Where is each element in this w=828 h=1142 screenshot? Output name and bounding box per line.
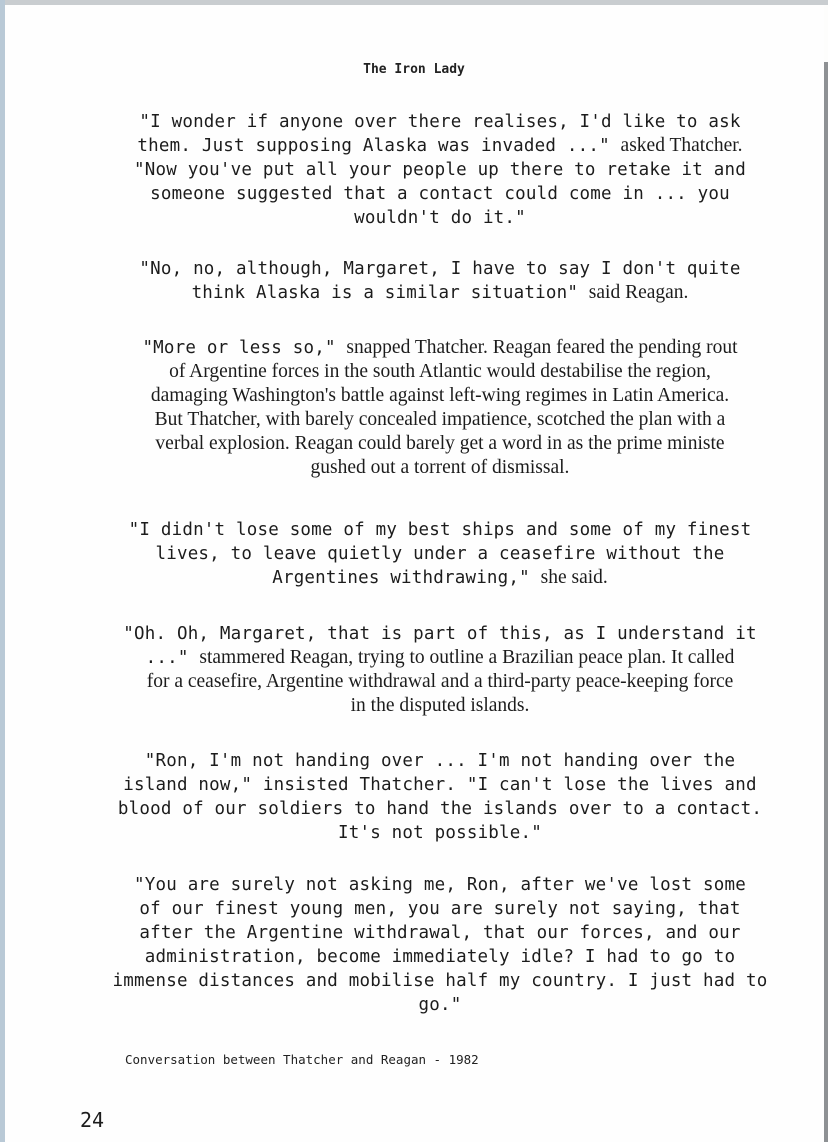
text-line: them. Just supposing Alaska was invaded … xyxy=(110,134,770,158)
paragraph-5: "Oh. Oh, Margaret, that is part of this,… xyxy=(110,622,770,718)
text-line: think Alaska is a similar situation" sai… xyxy=(110,281,770,305)
quoted-speech: "I didn't lose some of my best ships and… xyxy=(129,520,752,540)
narrative-text: she said. xyxy=(541,567,608,588)
page-number: 24 xyxy=(80,1108,104,1132)
text-line: immense distances and mobilise half my c… xyxy=(110,969,770,993)
text-line: after the Argentine withdrawal, that our… xyxy=(110,921,770,945)
text-line: ..." stammered Reagan, trying to outline… xyxy=(110,646,770,670)
text-line: go." xyxy=(110,993,770,1017)
text-line: "More or less so," snapped Thatcher. Rea… xyxy=(110,336,770,360)
text-line: wouldn't do it." xyxy=(110,206,770,230)
quoted-speech: "Oh. Oh, Margaret, that is part of this,… xyxy=(123,624,756,644)
quoted-speech: "More or less so," xyxy=(142,338,346,358)
paragraph-7: "You are surely not asking me, Ron, afte… xyxy=(110,873,770,1017)
text-line: "Now you've put all your people up there… xyxy=(110,158,770,182)
text-line: verbal explosion. Reagan could barely ge… xyxy=(110,432,770,456)
text-line: "Oh. Oh, Margaret, that is part of this,… xyxy=(110,622,770,646)
quoted-speech: administration, become immediately idle?… xyxy=(145,947,735,967)
quoted-speech: "Now you've put all your people up there… xyxy=(134,160,746,180)
text-line: "You are surely not asking me, Ron, afte… xyxy=(110,873,770,897)
narrative-text: asked Thatcher. xyxy=(621,135,743,156)
narrative-text: damaging Washington's battle against lef… xyxy=(151,385,729,406)
paragraph-3: "More or less so," snapped Thatcher. Rea… xyxy=(110,336,770,480)
text-line: in the disputed islands. xyxy=(110,694,770,718)
text-line: "I wonder if anyone over there realises,… xyxy=(110,110,770,134)
quoted-speech: them. Just supposing Alaska was invaded … xyxy=(137,136,620,156)
text-line: "Ron, I'm not handing over ... I'm not h… xyxy=(110,749,770,773)
quoted-speech: Argentines withdrawing," xyxy=(272,568,540,588)
text-line: But Thatcher, with barely concealed impa… xyxy=(110,408,770,432)
text-line: lives, to leave quietly under a ceasefir… xyxy=(110,542,770,566)
text-line: "No, no, although, Margaret, I have to s… xyxy=(110,257,770,281)
quoted-speech: blood of our soldiers to hand the island… xyxy=(118,799,762,819)
quoted-speech: of our finest young men, you are surely … xyxy=(139,899,740,919)
paragraph-6: "Ron, I'm not handing over ... I'm not h… xyxy=(110,749,770,845)
quoted-speech: wouldn't do it." xyxy=(354,208,526,228)
narrative-text: snapped Thatcher. Reagan feared the pend… xyxy=(346,337,737,358)
text-line: damaging Washington's battle against lef… xyxy=(110,384,770,408)
running-head: The Iron Lady xyxy=(0,62,828,77)
text-line: "I didn't lose some of my best ships and… xyxy=(110,518,770,542)
quoted-speech: island now," insisted Thatcher. "I can't… xyxy=(123,775,756,795)
text-line: of Argentine forces in the south Atlanti… xyxy=(110,360,770,384)
narrative-text: gushed out a torrent of dismissal. xyxy=(311,457,570,478)
text-line: administration, become immediately idle?… xyxy=(110,945,770,969)
quoted-speech: "I wonder if anyone over there realises,… xyxy=(139,112,740,132)
text-line: It's not possible." xyxy=(110,821,770,845)
quoted-speech: go." xyxy=(419,995,462,1015)
quoted-speech: someone suggested that a contact could c… xyxy=(150,184,730,204)
quoted-speech: lives, to leave quietly under a ceasefir… xyxy=(155,544,724,564)
paragraph-4: "I didn't lose some of my best ships and… xyxy=(110,518,770,590)
narrative-text: in the disputed islands. xyxy=(351,695,530,716)
page-edge-right xyxy=(824,62,828,1142)
narrative-text: for a ceasefire, Argentine withdrawal an… xyxy=(147,671,734,692)
narrative-text: of Argentine forces in the south Atlanti… xyxy=(169,361,711,382)
narrative-text: But Thatcher, with barely concealed impa… xyxy=(155,409,726,430)
paragraph-1: "I wonder if anyone over there realises,… xyxy=(110,110,770,230)
text-line: Argentines withdrawing," she said. xyxy=(110,566,770,590)
quote-attribution-caption: Conversation between Thatcher and Reagan… xyxy=(125,1052,479,1067)
text-line: gushed out a torrent of dismissal. xyxy=(110,456,770,480)
quoted-speech: "You are surely not asking me, Ron, afte… xyxy=(134,875,746,895)
quoted-speech: "No, no, although, Margaret, I have to s… xyxy=(139,259,740,279)
quoted-speech: think Alaska is a similar situation" xyxy=(192,283,589,303)
quoted-speech: "Ron, I'm not handing over ... I'm not h… xyxy=(145,751,735,771)
narrative-text: verbal explosion. Reagan could barely ge… xyxy=(155,433,724,454)
quoted-speech: immense distances and mobilise half my c… xyxy=(113,971,768,991)
narrative-text: stammered Reagan, trying to outline a Br… xyxy=(199,647,734,668)
text-line: island now," insisted Thatcher. "I can't… xyxy=(110,773,770,797)
text-line: of our finest young men, you are surely … xyxy=(110,897,770,921)
text-line: blood of our soldiers to hand the island… xyxy=(110,797,770,821)
text-line: for a ceasefire, Argentine withdrawal an… xyxy=(110,670,770,694)
quoted-speech: ..." xyxy=(146,648,200,668)
quoted-speech: after the Argentine withdrawal, that our… xyxy=(139,923,740,943)
paragraph-2: "No, no, although, Margaret, I have to s… xyxy=(110,257,770,305)
narrative-text: said Reagan. xyxy=(589,282,689,303)
text-line: someone suggested that a contact could c… xyxy=(110,182,770,206)
quoted-speech: It's not possible." xyxy=(338,823,542,843)
